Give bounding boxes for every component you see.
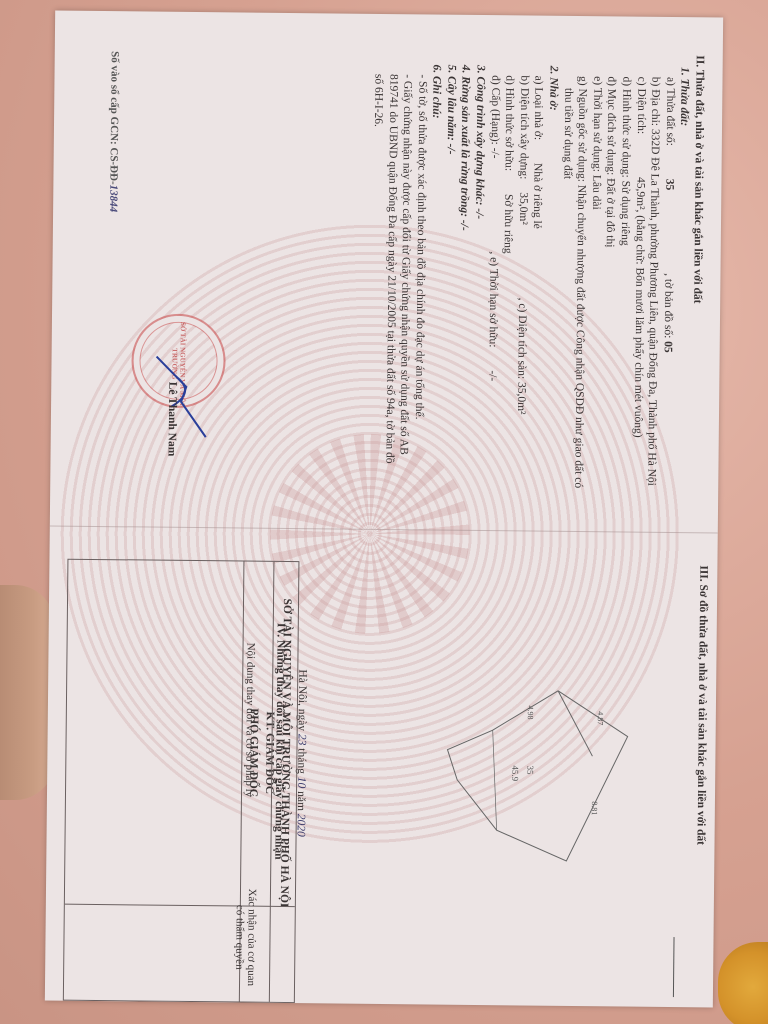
land-plot-diagram: 35 45.9 4.87 4.98 8.81: [416, 679, 678, 882]
section-land-house: II. Thửa đất, nhà ở và tài sản khác gắn …: [366, 52, 707, 525]
section4-title: IV. Những thay đổi sau khi cấp giấy chứn…: [272, 623, 286, 860]
dim-1: 4.87: [596, 711, 605, 725]
north-arrow-icon: [673, 937, 675, 997]
handwritten-signature: [146, 347, 217, 448]
plot-number: 35: [525, 765, 535, 775]
signer-name: Lê Thanh Nam: [166, 382, 179, 457]
section3-title: III. Sơ đồ thửa đất, nhà ở và tài sản kh…: [694, 565, 709, 845]
certificate-page: II. Thửa đất, nhà ở và tài sản khác gắn …: [45, 11, 723, 1008]
registration-number: Số vào sổ cấp GCN: CS-ĐĐ-13844: [107, 51, 121, 212]
dim-2: 4.98: [526, 705, 535, 719]
changes-table: [63, 559, 300, 1003]
changes-column-confirmation: Xác nhận của cơ quan có thẩm quyền: [233, 888, 258, 986]
dim-3: 8.81: [590, 801, 599, 815]
changes-column-content: Nội dung thay đổi và cơ sở pháp lý: [243, 643, 257, 798]
plot-area: 45.9: [510, 765, 520, 781]
